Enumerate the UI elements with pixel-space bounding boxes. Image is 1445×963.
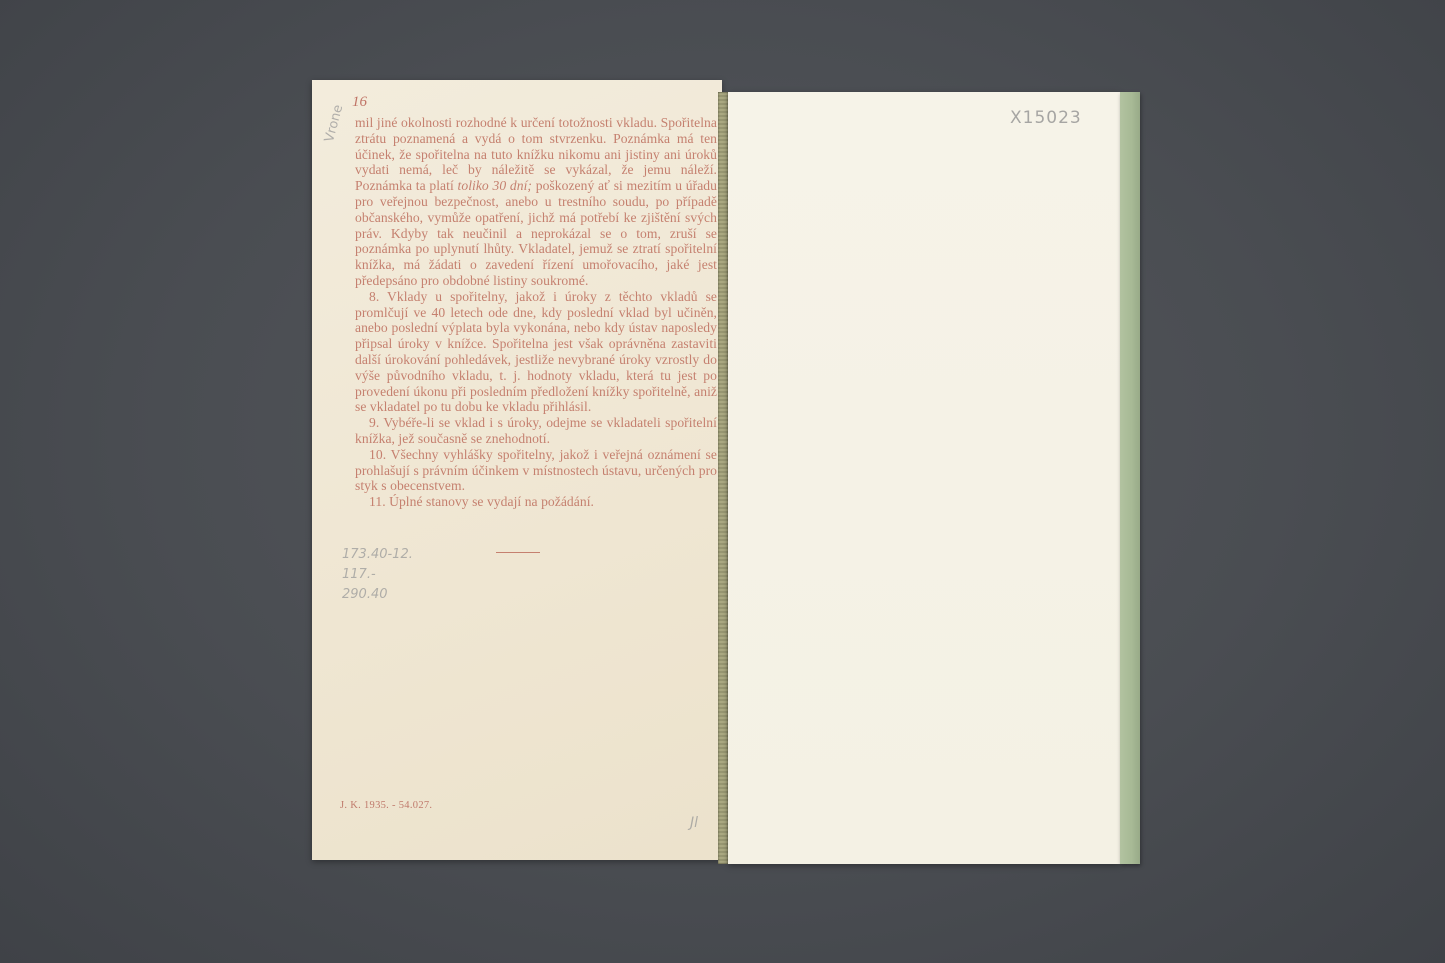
right-page	[728, 92, 1120, 864]
pencil-catalog-id: X15023	[1010, 108, 1082, 128]
paragraph-11: 11. Úplné stanovy se vydají na požádání.	[355, 494, 717, 510]
page-number: 16	[352, 94, 367, 111]
italic-phrase: toliko 30 dní;	[458, 178, 533, 193]
pencil-initial: Jl	[690, 815, 698, 831]
cover-edge	[1120, 92, 1140, 864]
printer-imprint: J. K. 1935. - 54.027.	[340, 800, 432, 811]
paragraph-9: 9. Vybéře-li se vklad i s úroky, odejme …	[355, 415, 717, 447]
body-text: mil jiné okolnosti rozhodné k určení tot…	[355, 115, 717, 510]
paragraph-8: 8. Vklady u spořitelny, jakož i úroky z …	[355, 289, 717, 415]
book-spine	[718, 92, 728, 864]
end-divider	[496, 552, 540, 553]
paragraph-10: 10. Všechny vyhlášky spořitelny, jakož i…	[355, 447, 717, 494]
pencil-calculation: 173.40-12. 117.- 290.40	[342, 545, 413, 605]
intro-paragraph: mil jiné okolnosti rozhodné k určení tot…	[355, 115, 717, 289]
